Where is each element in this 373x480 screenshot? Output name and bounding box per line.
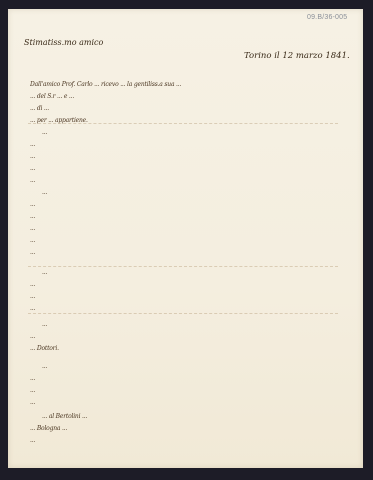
letter-line: ... [30,436,330,446]
letter-line: ... [30,248,160,258]
letter-line: ... [42,188,342,198]
dateline: Torino il 12 marzo 1841. [244,51,350,61]
letter-line: ... [30,200,348,210]
bleed-through [28,123,338,130]
bleed-through [28,313,338,320]
letter-line: ... al Bertolini ... [42,412,348,422]
letter-line: ... [30,332,348,342]
letter-line: ... [30,236,348,246]
letter-line: Dall'amico Prof. Carlo ... ricevo ... la… [30,80,348,90]
letter-line: ... [30,292,348,302]
letter-line: ... [30,164,348,174]
letter-line: ... [30,176,330,186]
letter-line: ... Dottori. [30,344,90,354]
salutation: Stimatiss.mo amico [24,38,103,47]
letter-line: ... [42,362,342,372]
bleed-through [28,266,338,273]
letter-line: ... [30,280,348,290]
letter-line: ... [30,386,348,396]
letter-line: ... del S.r ... e ... [30,92,348,102]
letter-line: ... [42,320,348,330]
archive-number: 09.B/36-005 [307,14,347,21]
letter-line: ... [30,374,348,384]
letter-line: ... [30,212,348,222]
letter-line: ... di ... [30,104,348,114]
letter-line: ... [30,152,348,162]
letter-line: ... [30,398,260,408]
letter-line: ... Bologna ... [30,424,348,434]
letter-line: ... [30,140,348,150]
letter-line: ... [30,224,348,234]
